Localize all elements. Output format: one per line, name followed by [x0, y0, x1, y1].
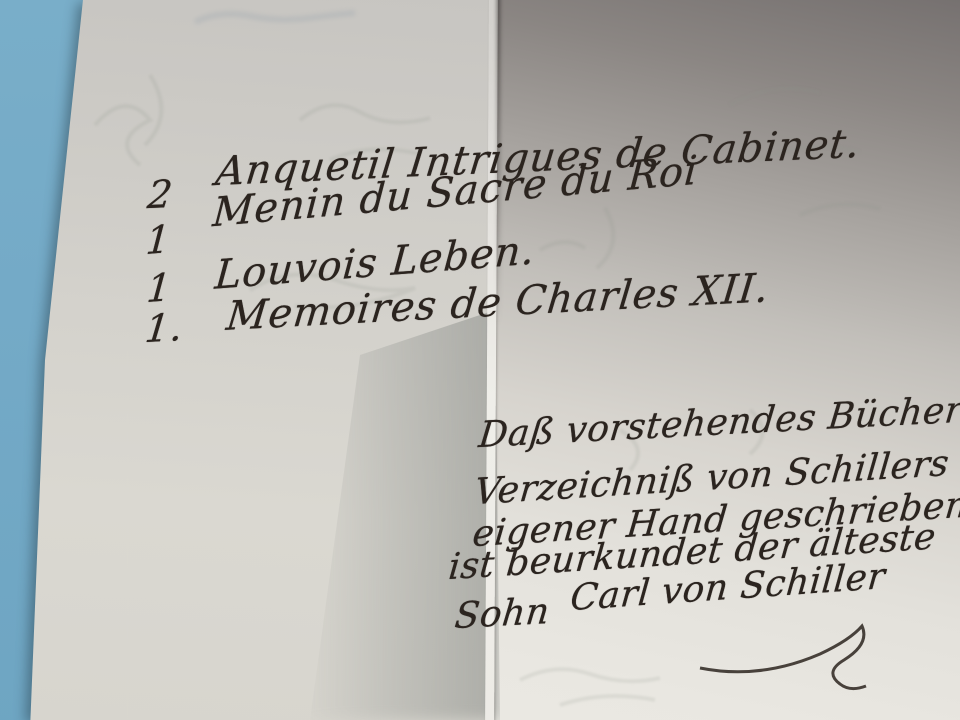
photograph-of-manuscript: 2 Anquetil Intrigues de Cabinet. 1 Menin…: [0, 0, 960, 720]
manuscript-paper: 2 Anquetil Intrigues de Cabinet. 1 Menin…: [0, 0, 960, 720]
paper-shadow-wrap: 2 Anquetil Intrigues de Cabinet. 1 Menin…: [0, 0, 960, 720]
book-quantity: 1.: [143, 305, 186, 351]
attestation-line: Sohn: [454, 591, 551, 637]
attestation-text: Sohn: [453, 591, 552, 637]
